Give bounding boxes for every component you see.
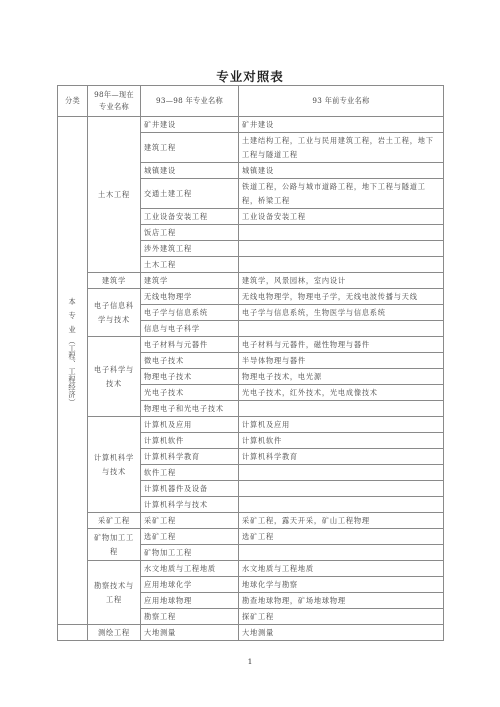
mid-name: 选矿工程 bbox=[141, 529, 239, 545]
group-architecture: 建筑学 bbox=[88, 273, 141, 289]
mid-name: 物理电子和光电子技术 bbox=[141, 401, 239, 417]
old-name: 半导体物理与器件 bbox=[239, 353, 444, 369]
mid-name: 应用地球化学 bbox=[141, 577, 239, 593]
old-name: 勘查地球物理，矿场地球物理 bbox=[239, 593, 444, 609]
old-name: 地球化学与勘察 bbox=[239, 577, 444, 593]
mid-name: 矿井建设 bbox=[141, 117, 239, 133]
group-civil-engineering: 土木工程 bbox=[88, 117, 141, 273]
old-name: 铁道工程，公路与城市道路工程，地下工程与隧道工程，桥梁工程 bbox=[239, 179, 444, 209]
mid-name: 计算机器件及设备 bbox=[141, 481, 239, 497]
group-computer-science: 计算机科学与技术 bbox=[88, 417, 141, 513]
mid-name: 微电子技术 bbox=[141, 353, 239, 369]
group-mineral-processing: 矿物加工工程 bbox=[88, 529, 141, 561]
old-name: 城镇建设 bbox=[239, 163, 444, 179]
mid-name: 水文地质与工程地质 bbox=[141, 561, 239, 577]
group-mining: 采矿工程 bbox=[88, 513, 141, 529]
table-row: 矿物加工工程 选矿工程 选矿工程 bbox=[58, 529, 444, 545]
mid-name: 建筑工程 bbox=[141, 133, 239, 163]
mid-name: 涉外建筑工程 bbox=[141, 241, 239, 257]
old-name: 探矿工程 bbox=[239, 609, 444, 625]
table-row: 采矿工程 采矿工程 采矿工程，露天开采，矿山工程物理 bbox=[58, 513, 444, 529]
header-93-98-name: 93—98 年专业名称 bbox=[141, 86, 239, 117]
mid-name: 土木工程 bbox=[141, 257, 239, 273]
mid-name: 计算机及应用 bbox=[141, 417, 239, 433]
table-row: 建筑学 建筑学 建筑学，风景园林，室内设计 bbox=[58, 273, 444, 289]
document-title: 专业对照表 bbox=[0, 67, 500, 85]
mid-name: 无线电物理学 bbox=[141, 289, 239, 305]
old-name bbox=[239, 465, 444, 481]
old-name bbox=[239, 225, 444, 241]
mid-name: 计算机软件 bbox=[141, 433, 239, 449]
old-name bbox=[239, 241, 444, 257]
mid-name: 采矿工程 bbox=[141, 513, 239, 529]
mid-name: 勘察工程 bbox=[141, 609, 239, 625]
table-row: 本专业 （工程、工程经济） 土木工程 矿井建设 矿井建设 bbox=[58, 117, 444, 133]
old-name: 电子材料与元器件，磁性物理与器件 bbox=[239, 337, 444, 353]
old-name: 电子学与信息系统，生物医学与信息系统 bbox=[239, 305, 444, 321]
table-row: 勘察技术与工程 水文地质与工程地质 水文地质与工程地质 bbox=[58, 561, 444, 577]
old-name bbox=[239, 481, 444, 497]
old-name: 光电子技术，红外技术，光电成像技术 bbox=[239, 385, 444, 401]
old-name: 大地测量 bbox=[239, 625, 444, 641]
mid-name: 大地测量 bbox=[141, 625, 239, 641]
table-row: 电子科学与技术 电子材料与元器件 电子材料与元器件，磁性物理与器件 bbox=[58, 337, 444, 353]
old-name: 计算机科学教育 bbox=[239, 449, 444, 465]
old-name bbox=[239, 497, 444, 513]
mid-name: 物理电子技术 bbox=[141, 369, 239, 385]
mid-name: 交通土建工程 bbox=[141, 179, 239, 209]
group-electronic-science: 电子科学与技术 bbox=[88, 337, 141, 417]
mid-name: 建筑学 bbox=[141, 273, 239, 289]
old-name bbox=[239, 257, 444, 273]
old-name: 无线电物理学，物理电子学，无线电波传播与天线 bbox=[239, 289, 444, 305]
group-surveying-mapping: 测绘工程 bbox=[88, 625, 141, 641]
mid-name: 电子材料与元器件 bbox=[141, 337, 239, 353]
group-electronic-info: 电子信息科学与技术 bbox=[88, 289, 141, 337]
mid-name: 信息与电子科学 bbox=[141, 321, 239, 337]
old-name: 采矿工程，露天开采，矿山工程物理 bbox=[239, 513, 444, 529]
major-comparison-table: 分类 98年—现在专业名称 93—98 年专业名称 93 年前专业名称 本专业 … bbox=[57, 85, 444, 641]
header-category: 分类 bbox=[58, 86, 88, 117]
header-current-name: 98年—现在专业名称 bbox=[88, 86, 141, 117]
old-name: 计算机及应用 bbox=[239, 417, 444, 433]
page-number: 1 bbox=[0, 657, 500, 666]
old-name bbox=[239, 401, 444, 417]
table-row: 测绘工程 大地测量 大地测量 bbox=[58, 625, 444, 641]
old-name: 计算机软件 bbox=[239, 433, 444, 449]
table-row: 电子信息科学与技术 无线电物理学 无线电物理学，物理电子学，无线电波传播与天线 bbox=[58, 289, 444, 305]
old-name bbox=[239, 321, 444, 337]
category-cell: 本专业 （工程、工程经济） bbox=[58, 117, 88, 625]
mid-name: 电子学与信息系统 bbox=[141, 305, 239, 321]
header-row: 分类 98年—现在专业名称 93—98 年专业名称 93 年前专业名称 bbox=[58, 86, 444, 117]
old-name: 矿井建设 bbox=[239, 117, 444, 133]
old-name: 建筑学，风景园林，室内设计 bbox=[239, 273, 444, 289]
old-name: 物理电子技术，电光源 bbox=[239, 369, 444, 385]
old-name bbox=[239, 545, 444, 561]
old-name: 土建结构工程，工业与民用建筑工程，岩土工程，地下工程与隧道工程 bbox=[239, 133, 444, 163]
category-sub: （工程、工程经济） bbox=[68, 337, 77, 406]
mid-name: 光电子技术 bbox=[141, 385, 239, 401]
category-main: 本专业 bbox=[68, 295, 77, 337]
table-row: 计算机科学与技术 计算机及应用 计算机及应用 bbox=[58, 417, 444, 433]
old-name: 工业设备安装工程 bbox=[239, 209, 444, 225]
mid-name: 应用地球物理 bbox=[141, 593, 239, 609]
old-name: 选矿工程 bbox=[239, 529, 444, 545]
mid-name: 计算机科学与技术 bbox=[141, 497, 239, 513]
mid-name: 工业设备安装工程 bbox=[141, 209, 239, 225]
mid-name: 饭店工程 bbox=[141, 225, 239, 241]
mid-name: 城镇建设 bbox=[141, 163, 239, 179]
group-survey-engineering: 勘察技术与工程 bbox=[88, 561, 141, 625]
header-pre-93-name: 93 年前专业名称 bbox=[239, 86, 444, 117]
category-cell-empty bbox=[58, 625, 88, 641]
mid-name: 软件工程 bbox=[141, 465, 239, 481]
old-name: 水文地质与工程地质 bbox=[239, 561, 444, 577]
mid-name: 计算机科学教育 bbox=[141, 449, 239, 465]
mid-name: 矿物加工工程 bbox=[141, 545, 239, 561]
